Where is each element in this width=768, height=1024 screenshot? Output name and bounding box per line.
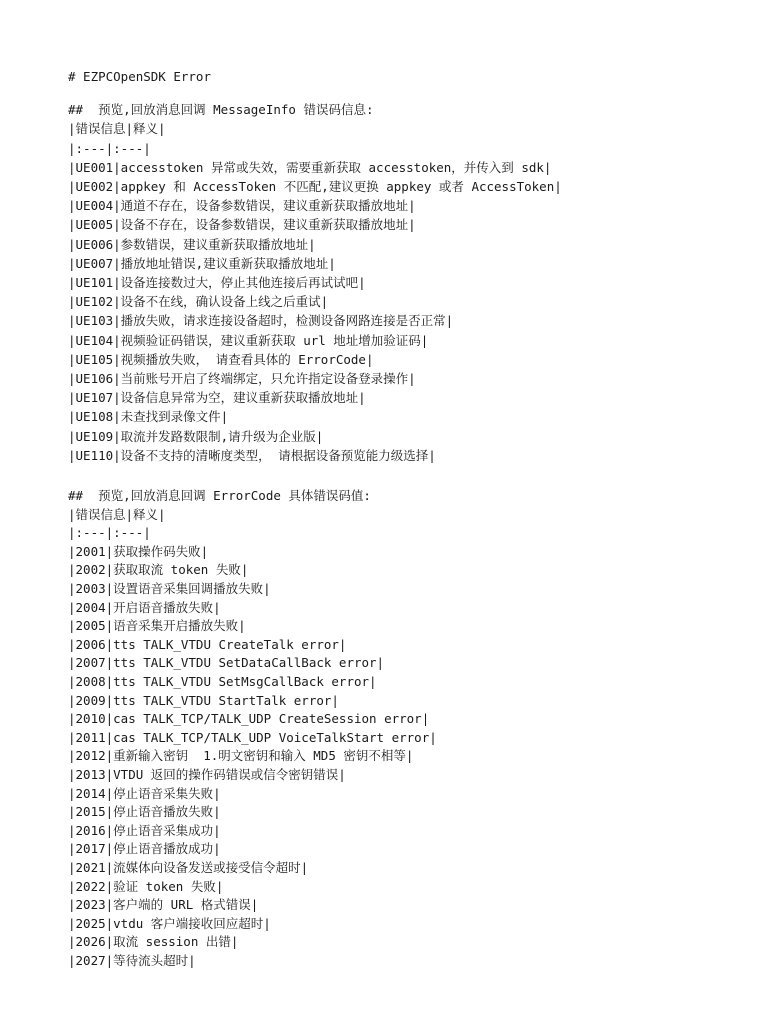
document-page: # EZPCOpenSDK Error ## 预览,回放消息回调 Message… [0, 0, 768, 1024]
table-row: |UE006|参数错误，建议重新获取播放地址| [68, 235, 738, 254]
table-row: |2025|vtdu 客户端接收回应超时| [68, 915, 738, 934]
section-messageinfo-errors: ## 预览,回放消息回调 MessageInfo 错误码信息: |错误信息|释义… [68, 100, 738, 465]
table-row: |UE101|设备连接数过大，停止其他连接后再试试吧| [68, 273, 738, 292]
table-row: |2009|tts TALK_VTDU StartTalk error| [68, 692, 738, 711]
table-row: |UE005|设备不存在，设备参数错误，建议重新获取播放地址| [68, 215, 738, 234]
table-row: |2002|获取取流 token 失败| [68, 561, 738, 580]
table-row: |2001|获取操作码失败| [68, 543, 738, 562]
table-row: |2026|取流 session 出错| [68, 933, 738, 952]
blank-line [68, 86, 738, 100]
section-heading: ## 预览,回放消息回调 ErrorCode 具体错误码值: [68, 487, 738, 506]
table-row: |2016|停止语音采集成功| [68, 822, 738, 841]
table-row: |UE007|播放地址错误,建议重新获取播放地址| [68, 254, 738, 273]
table-row: |2008|tts TALK_VTDU SetMsgCallBack error… [68, 673, 738, 692]
table-row: |UE108|未查找到录像文件| [68, 407, 738, 426]
table-row: |UE110|设备不支持的清晰度类型， 请根据设备预览能力级选择| [68, 446, 738, 465]
table-row: |2003|设置语音采集回调播放失败| [68, 580, 738, 599]
table-row: |UE002|appkey 和 AccessToken 不匹配,建议更换 app… [68, 177, 738, 196]
table-row: |UE105|视频播放失败， 请查看具体的 ErrorCode| [68, 350, 738, 369]
table-row: |2010|cas TALK_TCP/TALK_UDP CreateSessio… [68, 710, 738, 729]
errorcode-value-table: |错误信息|释义||:---|:---||2001|获取操作码失败||2002|… [68, 506, 738, 971]
table-row: |2017|停止语音播放成功| [68, 840, 738, 859]
table-row: |2015|停止语音播放失败| [68, 803, 738, 822]
table-row: |UE004|通道不存在，设备参数错误，建议重新获取播放地址| [68, 196, 738, 215]
table-row: |2027|等待流头超时| [68, 952, 738, 971]
table-row: |UE107|设备信息异常为空，建议重新获取播放地址| [68, 388, 738, 407]
table-row: |UE102|设备不在线，确认设备上线之后重试| [68, 292, 738, 311]
table-row: |2023|客户端的 URL 格式错误| [68, 896, 738, 915]
table-row: |2011|cas TALK_TCP/TALK_UDP VoiceTalkSta… [68, 729, 738, 748]
table-row: |UE001|accesstoken 异常或失效，需要重新获取 accessto… [68, 158, 738, 177]
table-row: |2004|开启语音播放失败| [68, 599, 738, 618]
table-row: |UE104|视频验证码错误，建议重新获取 url 地址增加验证码| [68, 331, 738, 350]
table-row: |2007|tts TALK_VTDU SetDataCallBack erro… [68, 654, 738, 673]
table-header-row: |错误信息|释义| [68, 119, 738, 138]
table-row: |UE109|取流并发路数限制,请升级为企业版| [68, 427, 738, 446]
table-row: |2014|停止语音采集失败| [68, 785, 738, 804]
table-row: |2013|VTDU 返回的操作码错误或信令密钥错误| [68, 766, 738, 785]
table-row: |2021|流媒体向设备发送或接受信令超时| [68, 859, 738, 878]
table-row: |UE103|播放失败，请求连接设备超时，检测设备网路连接是否正常| [68, 311, 738, 330]
table-row: |2022|验证 token 失败| [68, 878, 738, 897]
page-title: # EZPCOpenSDK Error [68, 67, 738, 86]
messageinfo-error-table: |错误信息|释义||:---|:---||UE001|accesstoken 异… [68, 119, 738, 465]
table-align-row: |:---|:---| [68, 139, 738, 158]
table-row: |2006|tts TALK_VTDU CreateTalk error| [68, 636, 738, 655]
table-header-row: |错误信息|释义| [68, 506, 738, 525]
blank-line [68, 465, 738, 487]
table-row: |2012|重新输入密钥 1.明文密钥和输入 MD5 密钥不相等| [68, 747, 738, 766]
table-align-row: |:---|:---| [68, 524, 738, 543]
section-errorcode-values: ## 预览,回放消息回调 ErrorCode 具体错误码值: |错误信息|释义|… [68, 487, 738, 970]
table-row: |2005|语音采集开启播放失败| [68, 617, 738, 636]
table-row: |UE106|当前账号开启了终端绑定，只允许指定设备登录操作| [68, 369, 738, 388]
section-heading: ## 预览,回放消息回调 MessageInfo 错误码信息: [68, 100, 738, 119]
